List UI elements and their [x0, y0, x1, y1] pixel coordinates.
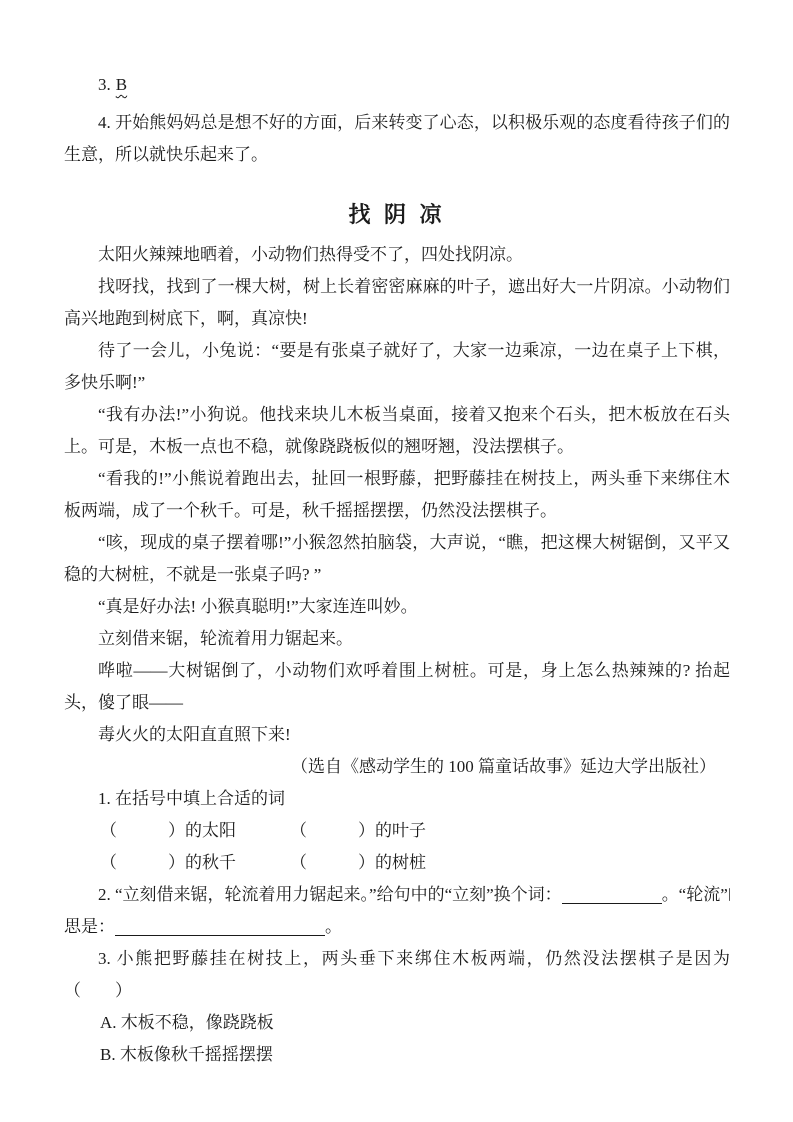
question-2-text: 思是：	[64, 917, 115, 936]
story-paragraph: 毒火火的太阳直直照下来!	[64, 719, 730, 751]
story-paragraph: 太阳火辣辣地晒着，小动物们热得受不了，四处找阴凉。	[64, 239, 730, 271]
story-paragraph: 哗啦——大树锯倒了，小动物们欢呼着围上树桩。可是，身上怎么热辣辣的? 抬起头，傻…	[64, 655, 730, 719]
question-2-line-2: 思是：。	[64, 911, 730, 943]
story-paragraph: 待了一会儿，小兔说：“要是有张桌子就好了，大家一边乘凉，一边在桌子上下棋，多快乐…	[64, 335, 730, 399]
story-paragraph: “我有办法!”小狗说。他找来块儿木板当桌面，接着又抱来个石头，把木板放在石头上。…	[64, 399, 730, 463]
fill-word-slot: （ ）的叶子	[290, 821, 426, 840]
story-paragraph: “咳，现成的桌子摆着哪!”小猴忽然拍脑袋，大声说，“瞧，把这棵大树锯倒，又平又稳…	[64, 527, 730, 591]
question-2-text: 。“轮流”的意	[662, 885, 730, 904]
answer-4-paragraph: 4. 开始熊妈妈总是想不好的方面，后来转变了心态，以积极乐观的态度看待孩子们的生…	[64, 107, 730, 171]
story-paragraph: “真是好办法! 小猴真聪明!”大家连连叫妙。	[64, 591, 730, 623]
story-title: 找 阴 凉	[64, 195, 730, 235]
question-2-text: 。	[325, 917, 342, 936]
answer-3-line: 3.B	[64, 69, 730, 101]
question-1-stem: 1. 在括号中填上合适的词	[64, 783, 730, 815]
fill-word-slot: （ ）的秋千	[100, 847, 290, 879]
question-3-option-a: A. 木板不稳，像跷跷板	[64, 1007, 730, 1039]
worksheet-page: 3.B 4. 开始熊妈妈总是想不好的方面，后来转变了心态，以积极乐观的态度看待孩…	[0, 0, 793, 1122]
story-paragraph: 找呀找，找到了一棵大树，树上长着密密麻麻的叶子，遮出好大一片阴凉。小动物们高兴地…	[64, 271, 730, 335]
question-3-option-b: B. 木板像秋千摇摇摆摆	[64, 1039, 730, 1071]
question-1-row: （ ）的秋千（ ）的树桩	[64, 847, 730, 879]
question-3-stem: 3. 小熊把野藤挂在树技上，两头垂下来绑住木板两端，仍然没法摆棋子是因为（ ）	[64, 943, 730, 1007]
question-2-text: 2. “立刻借来锯，轮流着用力锯起来。”给句中的“立刻”换个词：	[98, 885, 562, 904]
answer-blank	[562, 886, 662, 904]
story-paragraph: “看我的!”小熊说着跑出去，扯回一根野藤，把野藤挂在树技上，两头垂下来绑住木板两…	[64, 463, 730, 527]
question-2-line-1: 2. “立刻借来锯，轮流着用力锯起来。”给句中的“立刻”换个词：。“轮流”的意	[64, 879, 730, 911]
answer-blank	[115, 918, 325, 936]
answer-3-number: 3.	[98, 75, 111, 94]
fill-word-slot: （ ）的太阳	[100, 815, 290, 847]
story-paragraph: 立刻借来锯，轮流着用力锯起来。	[64, 623, 730, 655]
fill-word-slot: （ ）的树桩	[290, 853, 426, 872]
source-attribution: （选自《感动学生的 100 篇童话故事》延边大学出版社）	[64, 751, 730, 783]
answer-3-value: B	[116, 75, 127, 94]
question-1-row: （ ）的太阳（ ）的叶子	[64, 815, 730, 847]
